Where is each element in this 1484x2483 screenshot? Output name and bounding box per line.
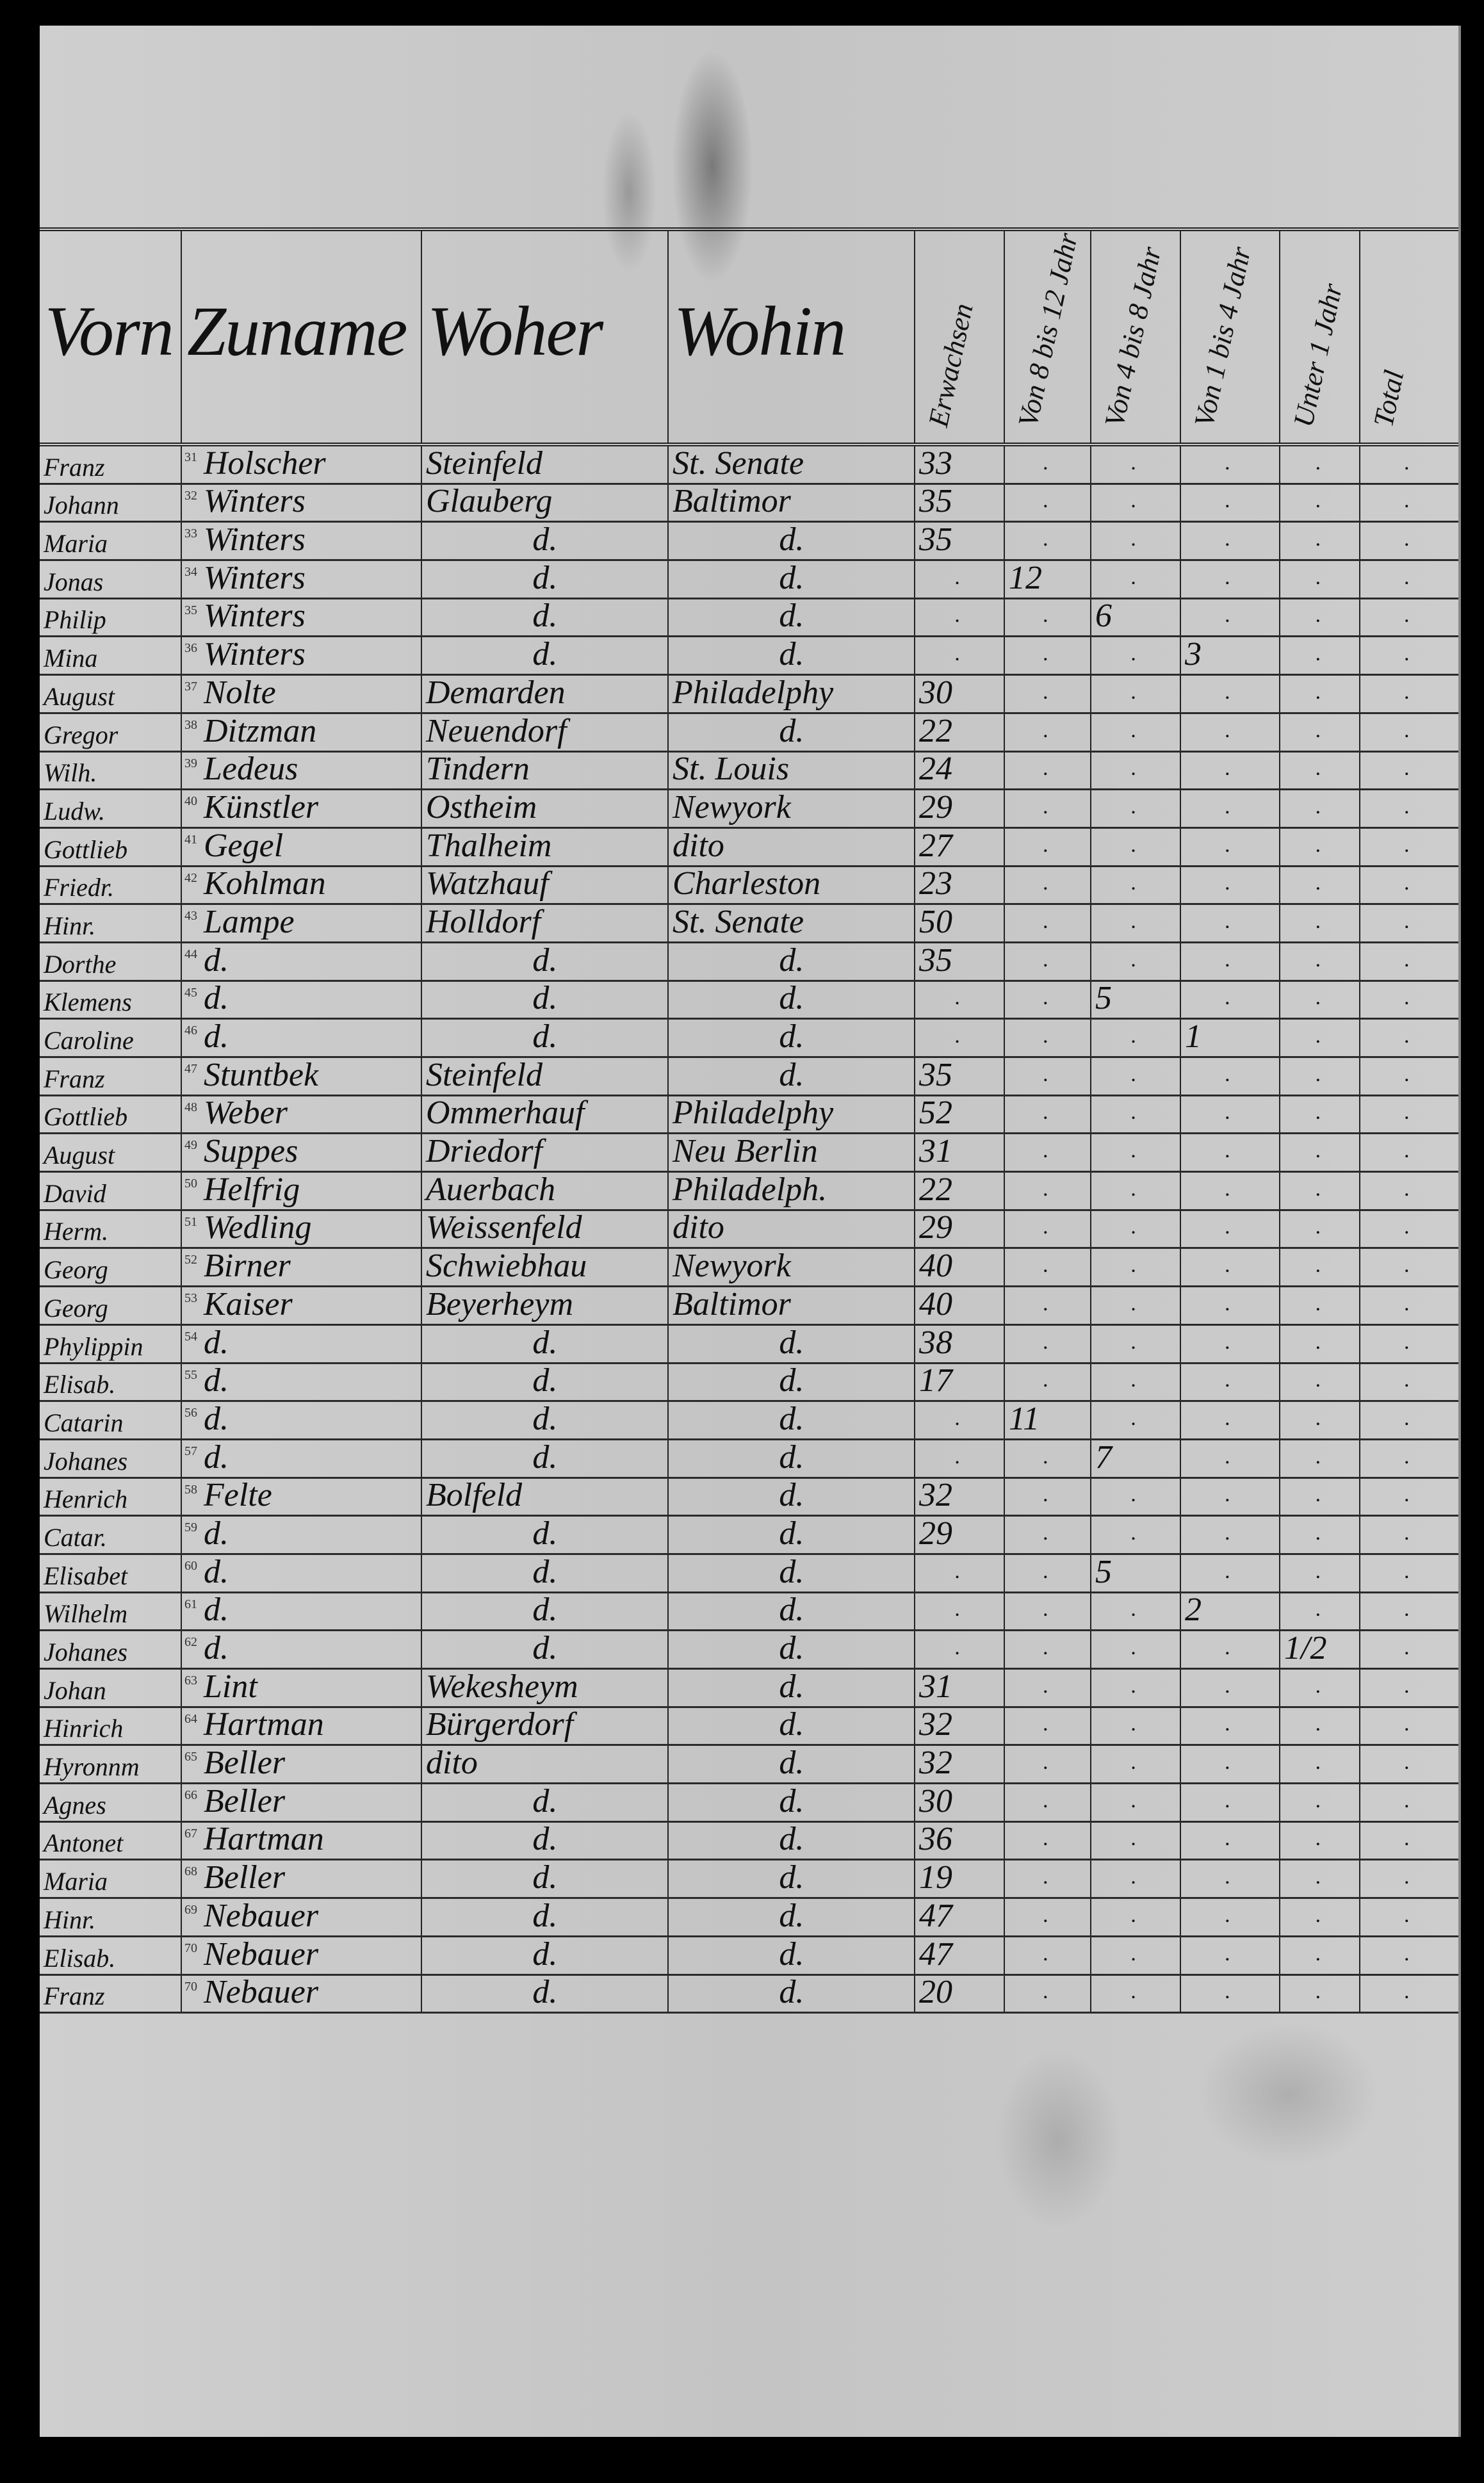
cell-age-1-4-text: .: [1225, 1102, 1231, 1123]
cell-vorname: Gottlieb: [40, 1096, 181, 1133]
cell-vorname: Philip: [40, 599, 181, 636]
cell-wohin-text: d.: [779, 944, 804, 977]
cell-woher-text: Driedorf: [426, 1135, 542, 1168]
cell-total-text: .: [1405, 643, 1410, 665]
ledger-page: Vorn Zuname Woher Wohin Erwachsen Von 8 …: [40, 26, 1461, 2437]
cell-total: .: [1359, 1249, 1458, 1285]
cell-vorname-text: Klemens: [44, 989, 132, 1015]
cell-total-text: .: [1405, 1255, 1410, 1276]
table-row: Hyronnm65Bellerditod.32.....: [40, 1746, 1458, 1784]
table-row: Franz47StuntbekSteinfeldd.35.....: [40, 1058, 1458, 1096]
cell-total-text: .: [1405, 1675, 1410, 1697]
cell-unter-1: .: [1279, 1287, 1359, 1324]
cell-vorname: Caroline: [40, 1020, 181, 1056]
cell-total: .: [1359, 1326, 1458, 1362]
cell-total: .: [1359, 905, 1458, 941]
cell-woher-text: d.: [532, 944, 557, 977]
entry-number: 40: [184, 794, 197, 809]
cell-age-4-8: 5: [1090, 1555, 1180, 1592]
cell-erwachsene-text: 30: [919, 1785, 952, 1818]
cell-vorname: Franz: [40, 446, 181, 483]
cell-unter-1: .: [1279, 1479, 1359, 1515]
cell-zuname: 55d.: [181, 1364, 421, 1401]
cell-zuname-text: d.: [204, 1326, 229, 1360]
cell-age-4-8: .: [1090, 676, 1180, 712]
cell-age-4-8: .: [1090, 1823, 1180, 1859]
cell-age-8-12-text: .: [1043, 1025, 1049, 1047]
cell-woher: Weissenfeld: [421, 1211, 667, 1248]
cell-erwachsene-text: 35: [919, 944, 952, 977]
cell-erwachsene: .: [914, 599, 1004, 636]
cell-woher: d.: [421, 561, 667, 598]
table-row: Johann32WintersGlaubergBaltimor35.....: [40, 485, 1458, 523]
cell-total: .: [1359, 829, 1458, 865]
table-row: Gottlieb48WeberOmmerhaufPhiladelphy52...…: [40, 1096, 1458, 1135]
table-row: August37NolteDemardenPhiladelphy30.....: [40, 676, 1458, 714]
cell-woher: Schwiebhau: [421, 1249, 667, 1285]
cell-wohin: d.: [667, 1402, 914, 1438]
cell-unter-1-text: .: [1316, 1905, 1321, 1926]
cell-erwachsene: .: [914, 637, 1004, 674]
cell-unter-1-text: .: [1316, 1713, 1321, 1735]
cell-total: .: [1359, 523, 1458, 559]
cell-woher: d.: [421, 943, 667, 980]
cell-erwachsene-text: 33: [919, 447, 952, 480]
cell-age-8-12: .: [1004, 1517, 1090, 1553]
cell-erwachsene-text: 29: [919, 1211, 952, 1244]
cell-woher: d.: [421, 1326, 667, 1362]
cell-zuname: 57d.: [181, 1440, 421, 1477]
cell-zuname-text: Nebauer: [204, 1900, 318, 1933]
table-row: Wilhelm61d.d.d....2..: [40, 1593, 1458, 1632]
table-row: August49SuppesDriedorfNeu Berlin31.....: [40, 1134, 1458, 1173]
cell-zuname-text: d.: [204, 1020, 229, 1054]
entry-number: 58: [184, 1483, 197, 1497]
cell-erwachsene-text: .: [955, 605, 961, 626]
cell-wohin: Philadelphy: [667, 1096, 914, 1133]
cell-woher: Watzhauf: [421, 867, 667, 904]
cell-vorname: Johan: [40, 1670, 181, 1706]
cell-vorname: Mina: [40, 637, 181, 674]
cell-age-4-8: .: [1090, 1211, 1180, 1248]
cell-zuname: 46d.: [181, 1020, 421, 1056]
cell-erwachsene-text: 29: [919, 1517, 952, 1551]
cell-age-1-4-text: .: [1225, 1561, 1231, 1583]
cell-wohin-text: d.: [779, 1823, 804, 1856]
cell-total-text: .: [1405, 605, 1410, 626]
cell-vorname-text: Friedr.: [44, 875, 114, 900]
cell-age-8-12-text: .: [1043, 1369, 1049, 1391]
cell-wohin: Baltimor: [667, 485, 914, 521]
cell-age-4-8-text: .: [1131, 1293, 1137, 1315]
cell-age-1-4: .: [1180, 1746, 1279, 1782]
cell-wohin: Newyork: [667, 1249, 914, 1285]
cell-age-1-4-text: .: [1225, 681, 1231, 703]
cell-age-1-4: .: [1180, 1211, 1279, 1248]
cell-unter-1-text: .: [1316, 720, 1321, 742]
cell-woher: Holldorf: [421, 905, 667, 941]
cell-age-1-4-text: 3: [1185, 638, 1202, 671]
entry-number: 52: [184, 1253, 197, 1267]
cell-wohin: St. Louis: [667, 753, 914, 789]
cell-zuname-text: Wedling: [204, 1211, 312, 1244]
cell-zuname: 37Nolte: [181, 676, 421, 712]
cell-unter-1: .: [1279, 523, 1359, 559]
cell-zuname: 70Nebauer: [181, 1937, 421, 1974]
entry-number: 69: [184, 1903, 197, 1917]
cell-zuname: 47Stuntbek: [181, 1058, 421, 1095]
cell-woher-text: Steinfeld: [426, 447, 542, 480]
cell-woher: d.: [421, 1440, 667, 1477]
cell-zuname-text: Hartman: [204, 1823, 324, 1856]
cell-erwachsene-text: .: [955, 1561, 961, 1583]
cell-age-8-12-text: .: [1043, 1522, 1049, 1544]
cell-age-8-12: 11: [1004, 1402, 1090, 1438]
cell-unter-1: .: [1279, 599, 1359, 636]
cell-total-text: .: [1405, 1637, 1410, 1659]
cell-wohin: Neu Berlin: [667, 1134, 914, 1171]
cell-woher: d.: [421, 982, 667, 1018]
cell-zuname: 53Kaiser: [181, 1287, 421, 1324]
cell-unter-1-text: .: [1316, 1943, 1321, 1965]
cell-total-text: .: [1405, 1981, 1410, 2003]
cell-age-1-4: .: [1180, 714, 1279, 751]
cell-age-8-12-text: .: [1043, 758, 1049, 779]
cell-wohin-text: d.: [779, 638, 804, 671]
cell-zuname: 34Winters: [181, 561, 421, 598]
cell-erwachsene: .: [914, 1440, 1004, 1477]
cell-total: .: [1359, 1555, 1458, 1592]
cell-erwachsene: 27: [914, 829, 1004, 865]
cell-total: .: [1359, 867, 1458, 904]
cell-age-4-8-text: .: [1131, 1752, 1137, 1773]
cell-age-1-4-text: .: [1225, 452, 1231, 474]
table-row: David50HelfrigAuerbachPhiladelph.22.....: [40, 1173, 1458, 1211]
entry-number: 46: [184, 1023, 197, 1038]
cell-zuname: 65Beller: [181, 1746, 421, 1782]
cell-total: .: [1359, 1593, 1458, 1630]
cell-unter-1: .: [1279, 905, 1359, 941]
table-row: Hinrich64HartmanBürgerdorfd.32.....: [40, 1708, 1458, 1746]
cell-age-1-4: .: [1180, 1173, 1279, 1209]
cell-vorname-text: Henrich: [44, 1486, 127, 1512]
cell-erwachsene-text: 35: [919, 1059, 952, 1092]
cell-zuname-text: Hartman: [204, 1708, 324, 1741]
cell-total-text: .: [1405, 528, 1410, 550]
cell-age-8-12: .: [1004, 1555, 1090, 1592]
cell-zuname-text: Winters: [204, 599, 306, 633]
cell-age-8-12-text: .: [1043, 1102, 1049, 1123]
cell-wohin-text: d.: [779, 715, 804, 748]
entry-number: 51: [184, 1215, 197, 1230]
cell-wohin: d.: [667, 1976, 914, 2012]
entry-number: 57: [184, 1444, 197, 1459]
cell-wohin-text: d.: [779, 1020, 804, 1054]
cell-age-8-12: .: [1004, 1593, 1090, 1630]
table-row: Antonet67Hartmand.d.36.....: [40, 1823, 1458, 1861]
cell-age-8-12-text: .: [1043, 1981, 1049, 2003]
cell-woher: Driedorf: [421, 1134, 667, 1171]
cell-total-text: .: [1405, 872, 1410, 894]
cell-woher: Ommerhauf: [421, 1096, 667, 1133]
cell-wohin-text: d.: [779, 1938, 804, 1971]
cell-age-1-4: .: [1180, 1402, 1279, 1438]
cell-wohin-text: d.: [779, 1556, 804, 1589]
cell-total: .: [1359, 561, 1458, 598]
cell-unter-1-text: .: [1316, 911, 1321, 932]
cell-wohin-text: d.: [779, 1785, 804, 1818]
cell-zuname-text: Birner: [204, 1250, 291, 1283]
cell-unter-1: .: [1279, 1134, 1359, 1171]
cell-unter-1-text: .: [1316, 949, 1321, 971]
cell-wohin: d.: [667, 1364, 914, 1401]
cell-woher-text: Watzhauf: [426, 867, 549, 900]
cell-age-8-12: .: [1004, 1440, 1090, 1477]
cell-zuname-text: Suppes: [204, 1135, 298, 1168]
table-row: Georg53KaiserBeyerheymBaltimor40.....: [40, 1287, 1458, 1326]
cell-age-1-4-text: .: [1225, 528, 1231, 550]
cell-age-4-8-text: 6: [1095, 599, 1112, 633]
cell-vorname-text: Hyronnm: [44, 1754, 140, 1780]
cell-woher-text: Ostheim: [426, 791, 537, 824]
cell-zuname: 43Lampe: [181, 905, 421, 941]
cell-unter-1-text: .: [1316, 1828, 1321, 1850]
cell-age-4-8-text: .: [1131, 911, 1137, 932]
cell-wohin-text: d.: [779, 1976, 804, 2009]
cell-erwachsene-text: 20: [919, 1976, 952, 2009]
table-row: Johanes57d.d.d...7...: [40, 1440, 1458, 1479]
cell-woher: d.: [421, 1784, 667, 1821]
cell-age-8-12-text: .: [1043, 1140, 1049, 1162]
entry-number: 68: [184, 1864, 197, 1879]
cell-unter-1-text: .: [1316, 796, 1321, 818]
cell-age-4-8: .: [1090, 1593, 1180, 1630]
cell-age-4-8-text: 7: [1095, 1441, 1112, 1474]
cell-age-1-4: .: [1180, 676, 1279, 712]
cell-age-4-8: .: [1090, 790, 1180, 827]
cell-erwachsene: 35: [914, 523, 1004, 559]
entry-number: 45: [184, 986, 197, 1000]
cell-woher-text: Holldorf: [426, 906, 541, 939]
cell-vorname-text: Gottlieb: [44, 837, 127, 863]
cell-total: .: [1359, 753, 1458, 789]
cell-erwachsene-text: 35: [919, 523, 952, 557]
cell-total: .: [1359, 1479, 1458, 1515]
cell-wohin-text: St. Senate: [673, 906, 804, 939]
cell-unter-1: .: [1279, 753, 1359, 789]
cell-woher: d.: [421, 1899, 667, 1935]
cell-woher-text: Thalheim: [426, 829, 551, 863]
cell-unter-1: .: [1279, 485, 1359, 521]
cell-zuname: 45d.: [181, 982, 421, 1018]
cell-zuname: 32Winters: [181, 485, 421, 521]
cell-total-text: .: [1405, 1752, 1410, 1773]
cell-woher-text: d.: [532, 1020, 557, 1054]
cell-age-4-8-text: .: [1131, 1828, 1137, 1850]
cell-age-1-4-text: 1: [1185, 1020, 1202, 1054]
cell-woher-text: d.: [532, 562, 557, 595]
cell-vorname: Georg: [40, 1249, 181, 1285]
cell-age-4-8: .: [1090, 561, 1180, 598]
entry-number: 34: [184, 565, 197, 580]
cell-erwachsene: 52: [914, 1096, 1004, 1133]
cell-vorname: Franz: [40, 1058, 181, 1095]
cell-age-1-4: .: [1180, 446, 1279, 483]
cell-unter-1-text: .: [1316, 643, 1321, 665]
cell-age-8-12-text: .: [1043, 643, 1049, 665]
cell-age-1-4-text: .: [1225, 872, 1231, 894]
cell-age-1-4: .: [1180, 1326, 1279, 1362]
cell-age-1-4: .: [1180, 1440, 1279, 1477]
cell-vorname-text: Catarin: [44, 1410, 123, 1436]
cell-total: .: [1359, 1364, 1458, 1401]
cell-unter-1-text: .: [1316, 605, 1321, 626]
cell-unter-1-text: .: [1316, 1675, 1321, 1697]
cell-unter-1-text: .: [1316, 1064, 1321, 1086]
cell-age-8-12-text: .: [1043, 720, 1049, 742]
cell-vorname-text: Agnes: [44, 1793, 106, 1818]
cell-total: .: [1359, 1440, 1458, 1477]
cell-erwachsene: 50: [914, 905, 1004, 941]
cell-woher-text: d.: [532, 1976, 557, 2009]
cell-woher-text: Glauberg: [426, 485, 552, 518]
entry-number: 63: [184, 1673, 197, 1688]
cell-age-8-12-text: .: [1043, 1561, 1049, 1583]
cell-age-8-12: .: [1004, 523, 1090, 559]
cell-unter-1-text: .: [1316, 1140, 1321, 1162]
cell-total-text: .: [1405, 758, 1410, 779]
cell-total: .: [1359, 790, 1458, 827]
cell-age-1-4: .: [1180, 1479, 1279, 1515]
cell-age-4-8-text: .: [1131, 1713, 1137, 1735]
header-unter-1: Unter 1 Jahr: [1279, 231, 1359, 443]
cell-zuname: 67Hartman: [181, 1823, 421, 1859]
cell-unter-1-text: .: [1316, 1522, 1321, 1544]
cell-vorname: Johanes: [40, 1631, 181, 1668]
cell-erwachsene: .: [914, 1020, 1004, 1056]
entry-number: 60: [184, 1559, 197, 1574]
cell-age-8-12-text: .: [1043, 1331, 1049, 1353]
cell-age-1-4-text: .: [1225, 1140, 1231, 1162]
cell-woher-text: Neuendorf: [426, 715, 567, 748]
cell-unter-1-text: .: [1316, 758, 1321, 779]
cell-age-1-4: .: [1180, 1287, 1279, 1324]
cell-total-text: .: [1405, 452, 1410, 474]
cell-age-1-4-text: .: [1225, 1828, 1231, 1850]
cell-age-1-4-text: .: [1225, 1981, 1231, 2003]
cell-woher: Steinfeld: [421, 446, 667, 483]
cell-vorname: Hinr.: [40, 905, 181, 941]
cell-erwachsene-text: 35: [919, 485, 952, 518]
cell-age-1-4-text: .: [1225, 796, 1231, 818]
cell-wohin: d.: [667, 637, 914, 674]
cell-woher-text: Steinfeld: [426, 1059, 542, 1092]
cell-age-1-4-text: .: [1225, 1522, 1231, 1544]
cell-age-4-8-text: .: [1131, 1331, 1137, 1353]
cell-erwachsene-text: 29: [919, 791, 952, 824]
cell-total-text: .: [1405, 1064, 1410, 1086]
cell-woher: d.: [421, 599, 667, 636]
cell-vorname: Catar.: [40, 1517, 181, 1553]
cell-wohin-text: St. Louis: [673, 753, 789, 786]
table-row: Johan63LintWekesheymd.31.....: [40, 1670, 1458, 1708]
cell-total-text: .: [1405, 1522, 1410, 1544]
cell-age-8-12: .: [1004, 1249, 1090, 1285]
cell-wohin-text: Philadelph.: [673, 1173, 827, 1207]
cell-woher-text: d.: [532, 1632, 557, 1665]
cell-total: .: [1359, 1823, 1458, 1859]
cell-unter-1: .: [1279, 1708, 1359, 1745]
cell-wohin: d.: [667, 1058, 914, 1095]
cell-age-8-12: .: [1004, 676, 1090, 712]
cell-erwachsene: 23: [914, 867, 1004, 904]
cell-erwachsene-text: 40: [919, 1288, 952, 1321]
cell-wohin-text: Charleston: [673, 867, 820, 900]
table-row: Dorthe44d.d.d.35.....: [40, 943, 1458, 982]
cell-zuname: 58Felte: [181, 1479, 421, 1515]
cell-zuname: 36Winters: [181, 637, 421, 674]
cell-unter-1: .: [1279, 1860, 1359, 1897]
cell-woher: d.: [421, 1364, 667, 1401]
cell-unter-1: .: [1279, 790, 1359, 827]
cell-unter-1: 1/2: [1279, 1631, 1359, 1668]
cell-age-4-8-text: .: [1131, 1599, 1137, 1620]
cell-erwachsene-text: 52: [919, 1096, 952, 1130]
cell-vorname: Hinrich: [40, 1708, 181, 1745]
cell-unter-1: .: [1279, 982, 1359, 1018]
cell-age-1-4-text: .: [1225, 1790, 1231, 1812]
cell-total: .: [1359, 1134, 1458, 1171]
cell-total: .: [1359, 485, 1458, 521]
cell-vorname: Wilhelm: [40, 1593, 181, 1630]
cell-erwachsene: 35: [914, 485, 1004, 521]
cell-age-1-4: .: [1180, 1899, 1279, 1935]
cell-age-1-4-text: .: [1225, 1255, 1231, 1276]
cell-age-1-4-text: .: [1225, 1943, 1231, 1965]
cell-age-4-8-text: .: [1131, 872, 1137, 894]
cell-wohin: St. Senate: [667, 446, 914, 483]
cell-total: .: [1359, 446, 1458, 483]
cell-age-8-12: .: [1004, 982, 1090, 1018]
cell-erwachsene: 38: [914, 1326, 1004, 1362]
cell-wohin-text: Neu Berlin: [673, 1135, 818, 1168]
cell-age-4-8-text: 5: [1095, 1556, 1112, 1589]
cell-age-8-12-text: .: [1043, 1866, 1049, 1888]
cell-vorname: Gottlieb: [40, 829, 181, 865]
cell-zuname: 39Ledeus: [181, 753, 421, 789]
cell-unter-1: .: [1279, 1976, 1359, 2012]
cell-age-8-12-text: .: [1043, 1599, 1049, 1620]
cell-zuname: 59d.: [181, 1517, 421, 1553]
entry-number: 64: [184, 1712, 197, 1727]
entry-number: 44: [184, 947, 197, 962]
cell-zuname-text: Ditzman: [204, 715, 316, 748]
cell-total: .: [1359, 599, 1458, 636]
cell-zuname-text: Gegel: [204, 829, 283, 863]
cell-age-8-12: .: [1004, 637, 1090, 674]
cell-woher: dito: [421, 1746, 667, 1782]
cell-age-4-8-text: .: [1131, 528, 1137, 550]
cell-vorname: Henrich: [40, 1479, 181, 1515]
cell-total: .: [1359, 1517, 1458, 1553]
cell-age-4-8: .: [1090, 943, 1180, 980]
entry-number: 53: [184, 1291, 197, 1306]
cell-wohin: d.: [667, 1746, 914, 1782]
cell-unter-1: .: [1279, 1555, 1359, 1592]
cell-age-8-12: .: [1004, 1364, 1090, 1401]
cell-age-8-12-text: 11: [1009, 1403, 1040, 1436]
cell-woher-text: d.: [532, 599, 557, 633]
